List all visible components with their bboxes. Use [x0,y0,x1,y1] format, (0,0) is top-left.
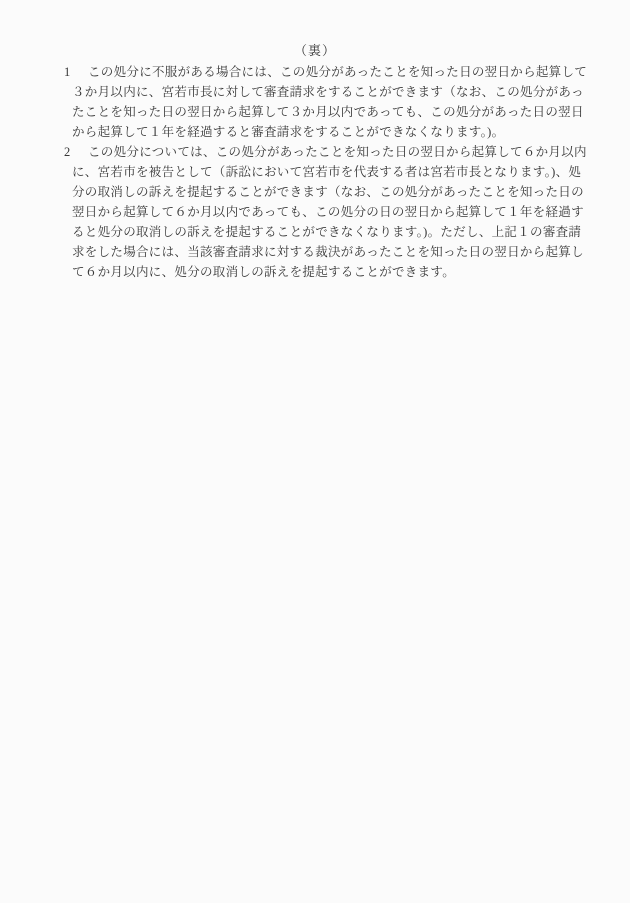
document-page: （裏） 1 この処分に不服がある場合には、この処分があったことを知った日の翌日か… [0,0,630,903]
item-2-line-2: に、宮若市を被告として（訴訟において宮若市を代表する者は宮若市長となります。)、… [72,162,610,182]
item-2-line-7: て６か月以内に、処分の取消しの訴えを提起することができます。 [72,262,610,282]
page-title: （裏） [0,41,630,60]
item-2-line-4: 翌日から起算して６か月以内であっても、この処分の日の翌日から起算して１年を経過す [72,202,610,222]
item-1-line-2: ３か月以内に、宮若市長に対して審査請求をすることができます（なお、この処分があっ [72,82,610,102]
item-1-number: 1 [64,62,88,82]
numbered-item-1: 1 この処分に不服がある場合には、この処分があったことを知った日の翌日から起算し… [64,62,610,142]
item-1-line-4: から起算して１年を経過すると審査請求をすることができなくなります。)。 [72,122,610,142]
item-1-line-3: たことを知った日の翌日から起算して３か月以内であっても、この処分があった日の翌日 [72,102,610,122]
item-2-text: この処分については、この処分があったことを知った日の翌日から起算して６か月以内 [88,142,587,162]
item-2-line-6: 求をした場合には、当該審査請求に対する裁決があったことを知った日の翌日から起算し [72,242,610,262]
item-1-text: この処分に不服がある場合には、この処分があったことを知った日の翌日から起算して [88,62,587,82]
item-2-line-1: 2 この処分については、この処分があったことを知った日の翌日から起算して６か月以… [64,142,610,162]
numbered-item-2: 2 この処分については、この処分があったことを知った日の翌日から起算して６か月以… [64,142,610,282]
item-2-number: 2 [64,142,88,162]
item-2-line-3: 分の取消しの訴えを提起することができます（なお、この処分があったことを知った日の [72,182,610,202]
item-2-line-5: ると処分の取消しの訴えを提起することができなくなります。)。ただし、上記１の審査… [72,222,610,242]
item-1-line-1: 1 この処分に不服がある場合には、この処分があったことを知った日の翌日から起算し… [64,62,610,82]
document-body: 1 この処分に不服がある場合には、この処分があったことを知った日の翌日から起算し… [0,62,630,282]
